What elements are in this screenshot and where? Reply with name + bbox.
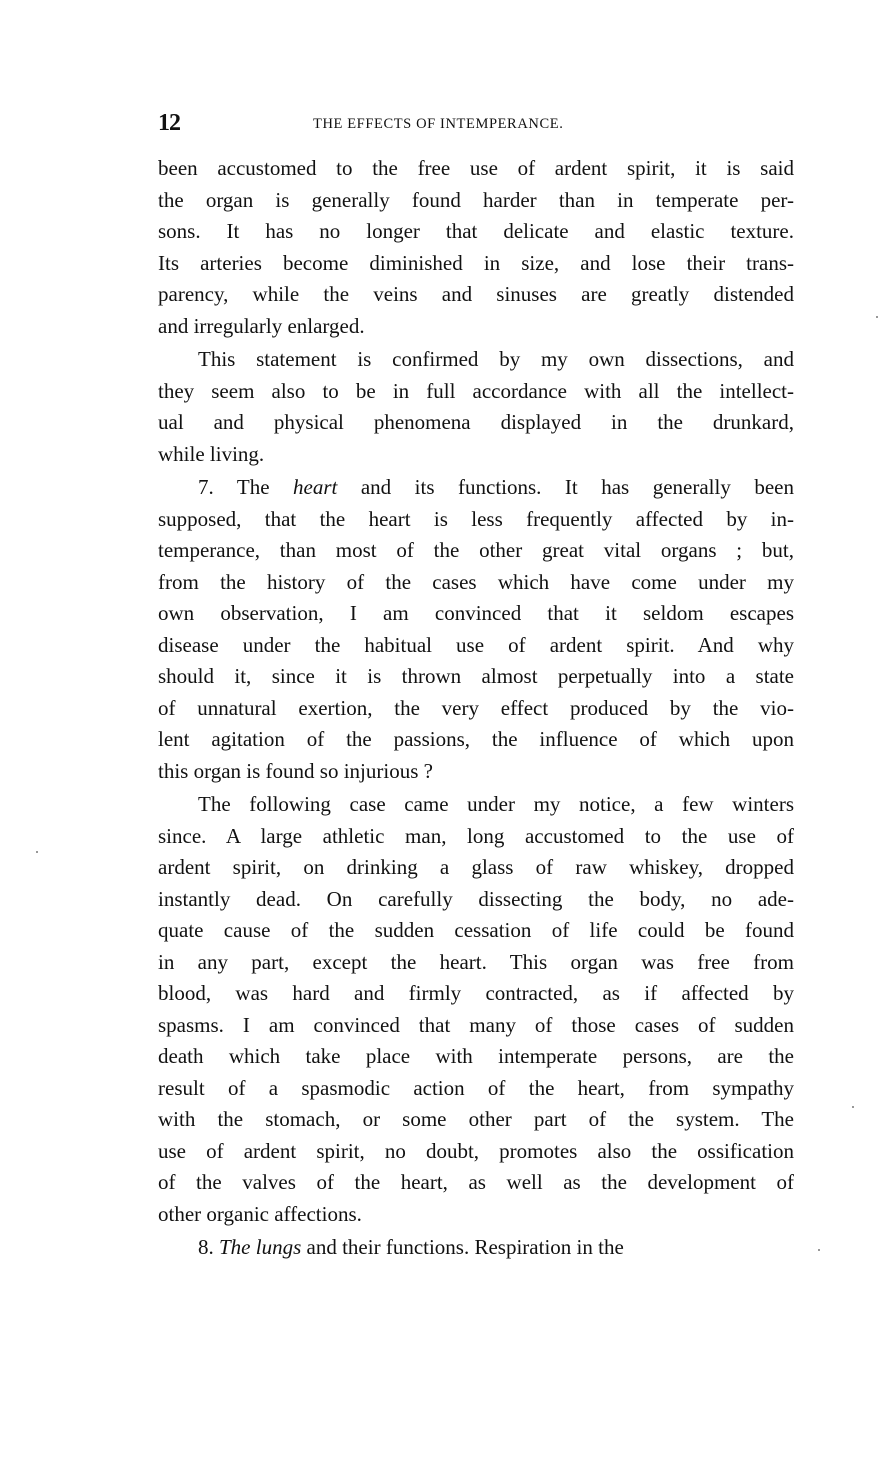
- text-line: instantly dead. On carefully dissecting …: [158, 884, 794, 916]
- text-line: sons. It has no longer that delicate and…: [158, 216, 794, 248]
- section-rest: and its functions. It has generally been: [337, 475, 794, 499]
- text-line: ardent spirit, on drinking a glass of ra…: [158, 852, 794, 884]
- text-line: Its arteries become diminished in size, …: [158, 248, 794, 280]
- text-line: blood, was hard and firmly contracted, a…: [158, 978, 794, 1010]
- text-line: temperance, than most of the other great…: [158, 535, 794, 567]
- running-head: 12 THE EFFECTS OF INTEMPERANCE.: [158, 110, 794, 140]
- text-line: while living.: [158, 439, 794, 471]
- section-number: 7. The: [198, 475, 293, 499]
- text-line: with the stomach, or some other part of …: [158, 1104, 794, 1136]
- section-topic: The lungs: [219, 1235, 301, 1259]
- text-line: been accustomed to the free use of arden…: [158, 153, 794, 185]
- text-line-heading-lungs: 8. The lungs and their functions. Respir…: [158, 1232, 794, 1264]
- text-line: of unnatural exertion, the very effect p…: [158, 693, 794, 725]
- scan-speck: [36, 851, 38, 853]
- page-number: 12: [158, 110, 180, 137]
- text-line: and irregularly enlarged.: [158, 311, 794, 343]
- text-line: use of ardent spirit, no doubt, promotes…: [158, 1136, 794, 1168]
- text-line: they seem also to be in full accordance …: [158, 376, 794, 408]
- scan-speck: [818, 1249, 820, 1251]
- text-line: disease under the habitual use of ardent…: [158, 630, 794, 662]
- text-line-heading-heart: 7. The heart and its functions. It has g…: [158, 472, 794, 504]
- section-number: 8.: [198, 1235, 219, 1259]
- scan-speck: [852, 1106, 854, 1108]
- text-line: lent agitation of the passions, the infl…: [158, 724, 794, 756]
- body-text: been accustomed to the free use of arden…: [158, 153, 794, 1264]
- section-topic: heart: [293, 475, 337, 499]
- section-rest: and their functions. Respiration in the: [301, 1235, 624, 1259]
- text-line: This statement is confirmed by my own di…: [158, 344, 794, 376]
- text-line: quate cause of the sudden cessation of l…: [158, 915, 794, 947]
- text-line: spasms. I am convinced that many of thos…: [158, 1010, 794, 1042]
- text-line: in any part, except the heart. This orga…: [158, 947, 794, 979]
- text-line: of the valves of the heart, as well as t…: [158, 1167, 794, 1199]
- book-page: 12 THE EFFECTS OF INTEMPERANCE. been acc…: [0, 0, 888, 1475]
- scan-speck: [876, 316, 878, 318]
- text-line: this organ is found so injurious ?: [158, 756, 794, 788]
- text-line: from the history of the cases which have…: [158, 567, 794, 599]
- text-line: ual and physical phenomena displayed in …: [158, 407, 794, 439]
- text-line: own observation, I am convinced that it …: [158, 598, 794, 630]
- text-line: the organ is generally found harder than…: [158, 185, 794, 217]
- text-line: parency, while the veins and sinuses are…: [158, 279, 794, 311]
- text-line: death which take place with intemperate …: [158, 1041, 794, 1073]
- text-line: The following case came under my notice,…: [158, 789, 794, 821]
- text-line: other organic affections.: [158, 1199, 794, 1231]
- running-title: THE EFFECTS OF INTEMPERANCE.: [313, 116, 563, 133]
- text-line: supposed, that the heart is less frequen…: [158, 504, 794, 536]
- text-line: since. A large athletic man, long accust…: [158, 821, 794, 853]
- text-line: result of a spasmodic action of the hear…: [158, 1073, 794, 1105]
- text-line: should it, since it is thrown almost per…: [158, 661, 794, 693]
